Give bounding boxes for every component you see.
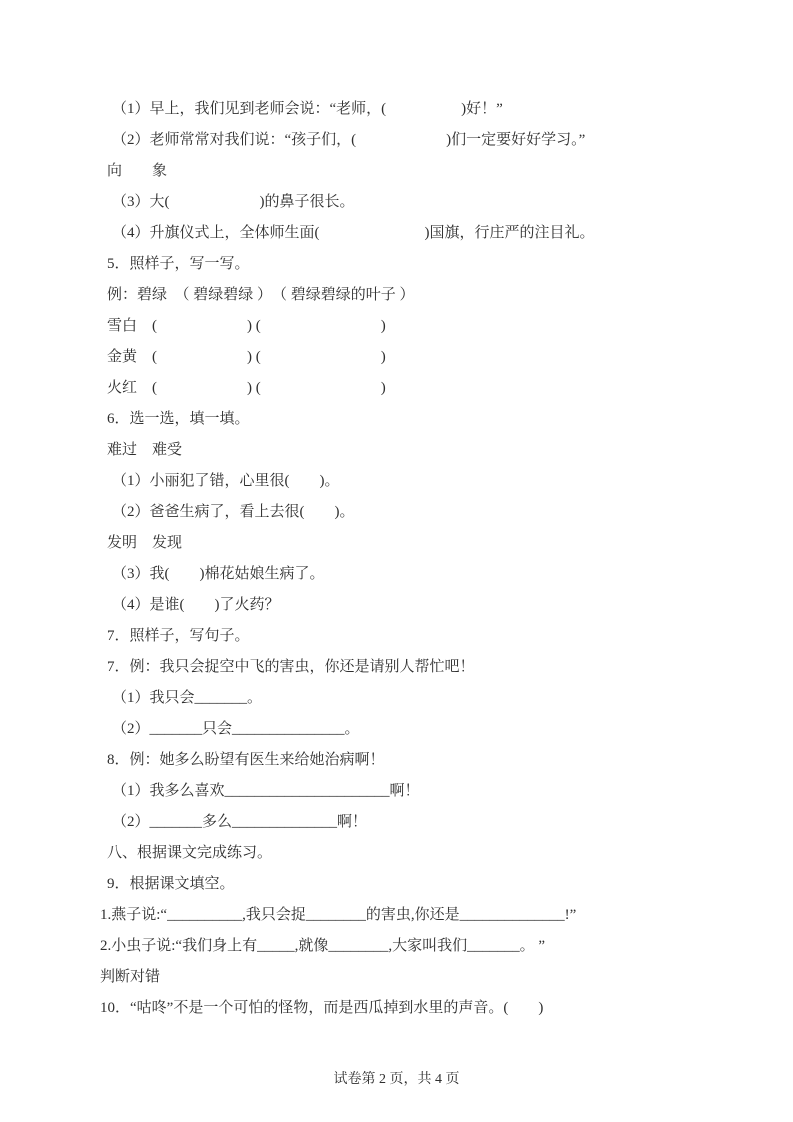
exam-body: （1）早上，我们见到老师会说：“老师，( )好！” （2）老师常常对我们说：“孩…: [100, 94, 753, 1024]
q6-word-bank-1: 难过 难受: [107, 435, 753, 466]
q5-row-snow-white: 雪白 ( ) ( ): [107, 311, 753, 342]
q9-fill-2: 2.小虫子说:“我们身上有_____,就像________,大家叫我们_____…: [100, 931, 753, 962]
q6-word-bank-2: 发明 发现: [107, 528, 753, 559]
q4-item-2: （2）老师常常对我们说：“孩子们，( )们一定要好好学习。”: [112, 125, 753, 156]
q10-statement: 10．“咕咚”不是一个可怕的怪物，而是西瓜掉到水里的声音。( ): [100, 993, 753, 1024]
page-footer: 试卷第 2 页，共 4 页: [0, 1070, 793, 1090]
q6-title: 6．选一选，填一填。: [107, 404, 753, 435]
q6-item-4: （4）是谁( )了火药？: [112, 590, 753, 621]
q5-title: 5．照样子，写一写。: [107, 249, 753, 280]
q7-example: 7．例：我只会捉空中飞的害虫，你还是请别人帮忙吧！: [107, 652, 753, 683]
judge-true-false-label: 判断对错: [100, 962, 753, 993]
q6-item-1: （1）小丽犯了错，心里很( )。: [112, 466, 753, 497]
q7-item-2: （2）_______只会_______________。: [112, 714, 753, 745]
q5-row-golden: 金黄 ( ) ( ): [107, 342, 753, 373]
q7-item-1: （1）我只会_______。: [112, 683, 753, 714]
exam-page: （1）早上，我们见到老师会说：“老师，( )好！” （2）老师常常对我们说：“孩…: [0, 0, 793, 1122]
q8-item-2: （2）_______多么______________啊！: [112, 807, 753, 838]
q9-title: 9．根据课文填空。: [107, 869, 753, 900]
q4-item-1: （1）早上，我们见到老师会说：“老师，( )好！”: [112, 94, 753, 125]
q9-fill-1: 1.燕子说:“__________,我只会捉________的害虫,你还是___…: [100, 900, 753, 931]
section-viii-title: 八、根据课文完成练习。: [107, 838, 753, 869]
q4-item-4: （4）升旗仪式上，全体师生面( )国旗，行庄严的注目礼。: [112, 218, 753, 249]
q5-row-fiery-red: 火红 ( ) ( ): [107, 373, 753, 404]
q4-item-3: （3）大( )的鼻子很长。: [112, 187, 753, 218]
q8-item-1: （1）我多么喜欢______________________啊！: [112, 776, 753, 807]
q4-word-bank: 向 象: [107, 156, 753, 187]
q6-item-2: （2）爸爸生病了，看上去很( )。: [112, 497, 753, 528]
q8-example: 8．例：她多么盼望有医生来给她治病啊！: [107, 745, 753, 776]
q5-example: 例：碧绿 （ 碧绿碧绿 ） （ 碧绿碧绿的叶子 ）: [107, 280, 753, 311]
q7-title: 7．照样子，写句子。: [107, 621, 753, 652]
q6-item-3: （3）我( )棉花姑娘生病了。: [112, 559, 753, 590]
